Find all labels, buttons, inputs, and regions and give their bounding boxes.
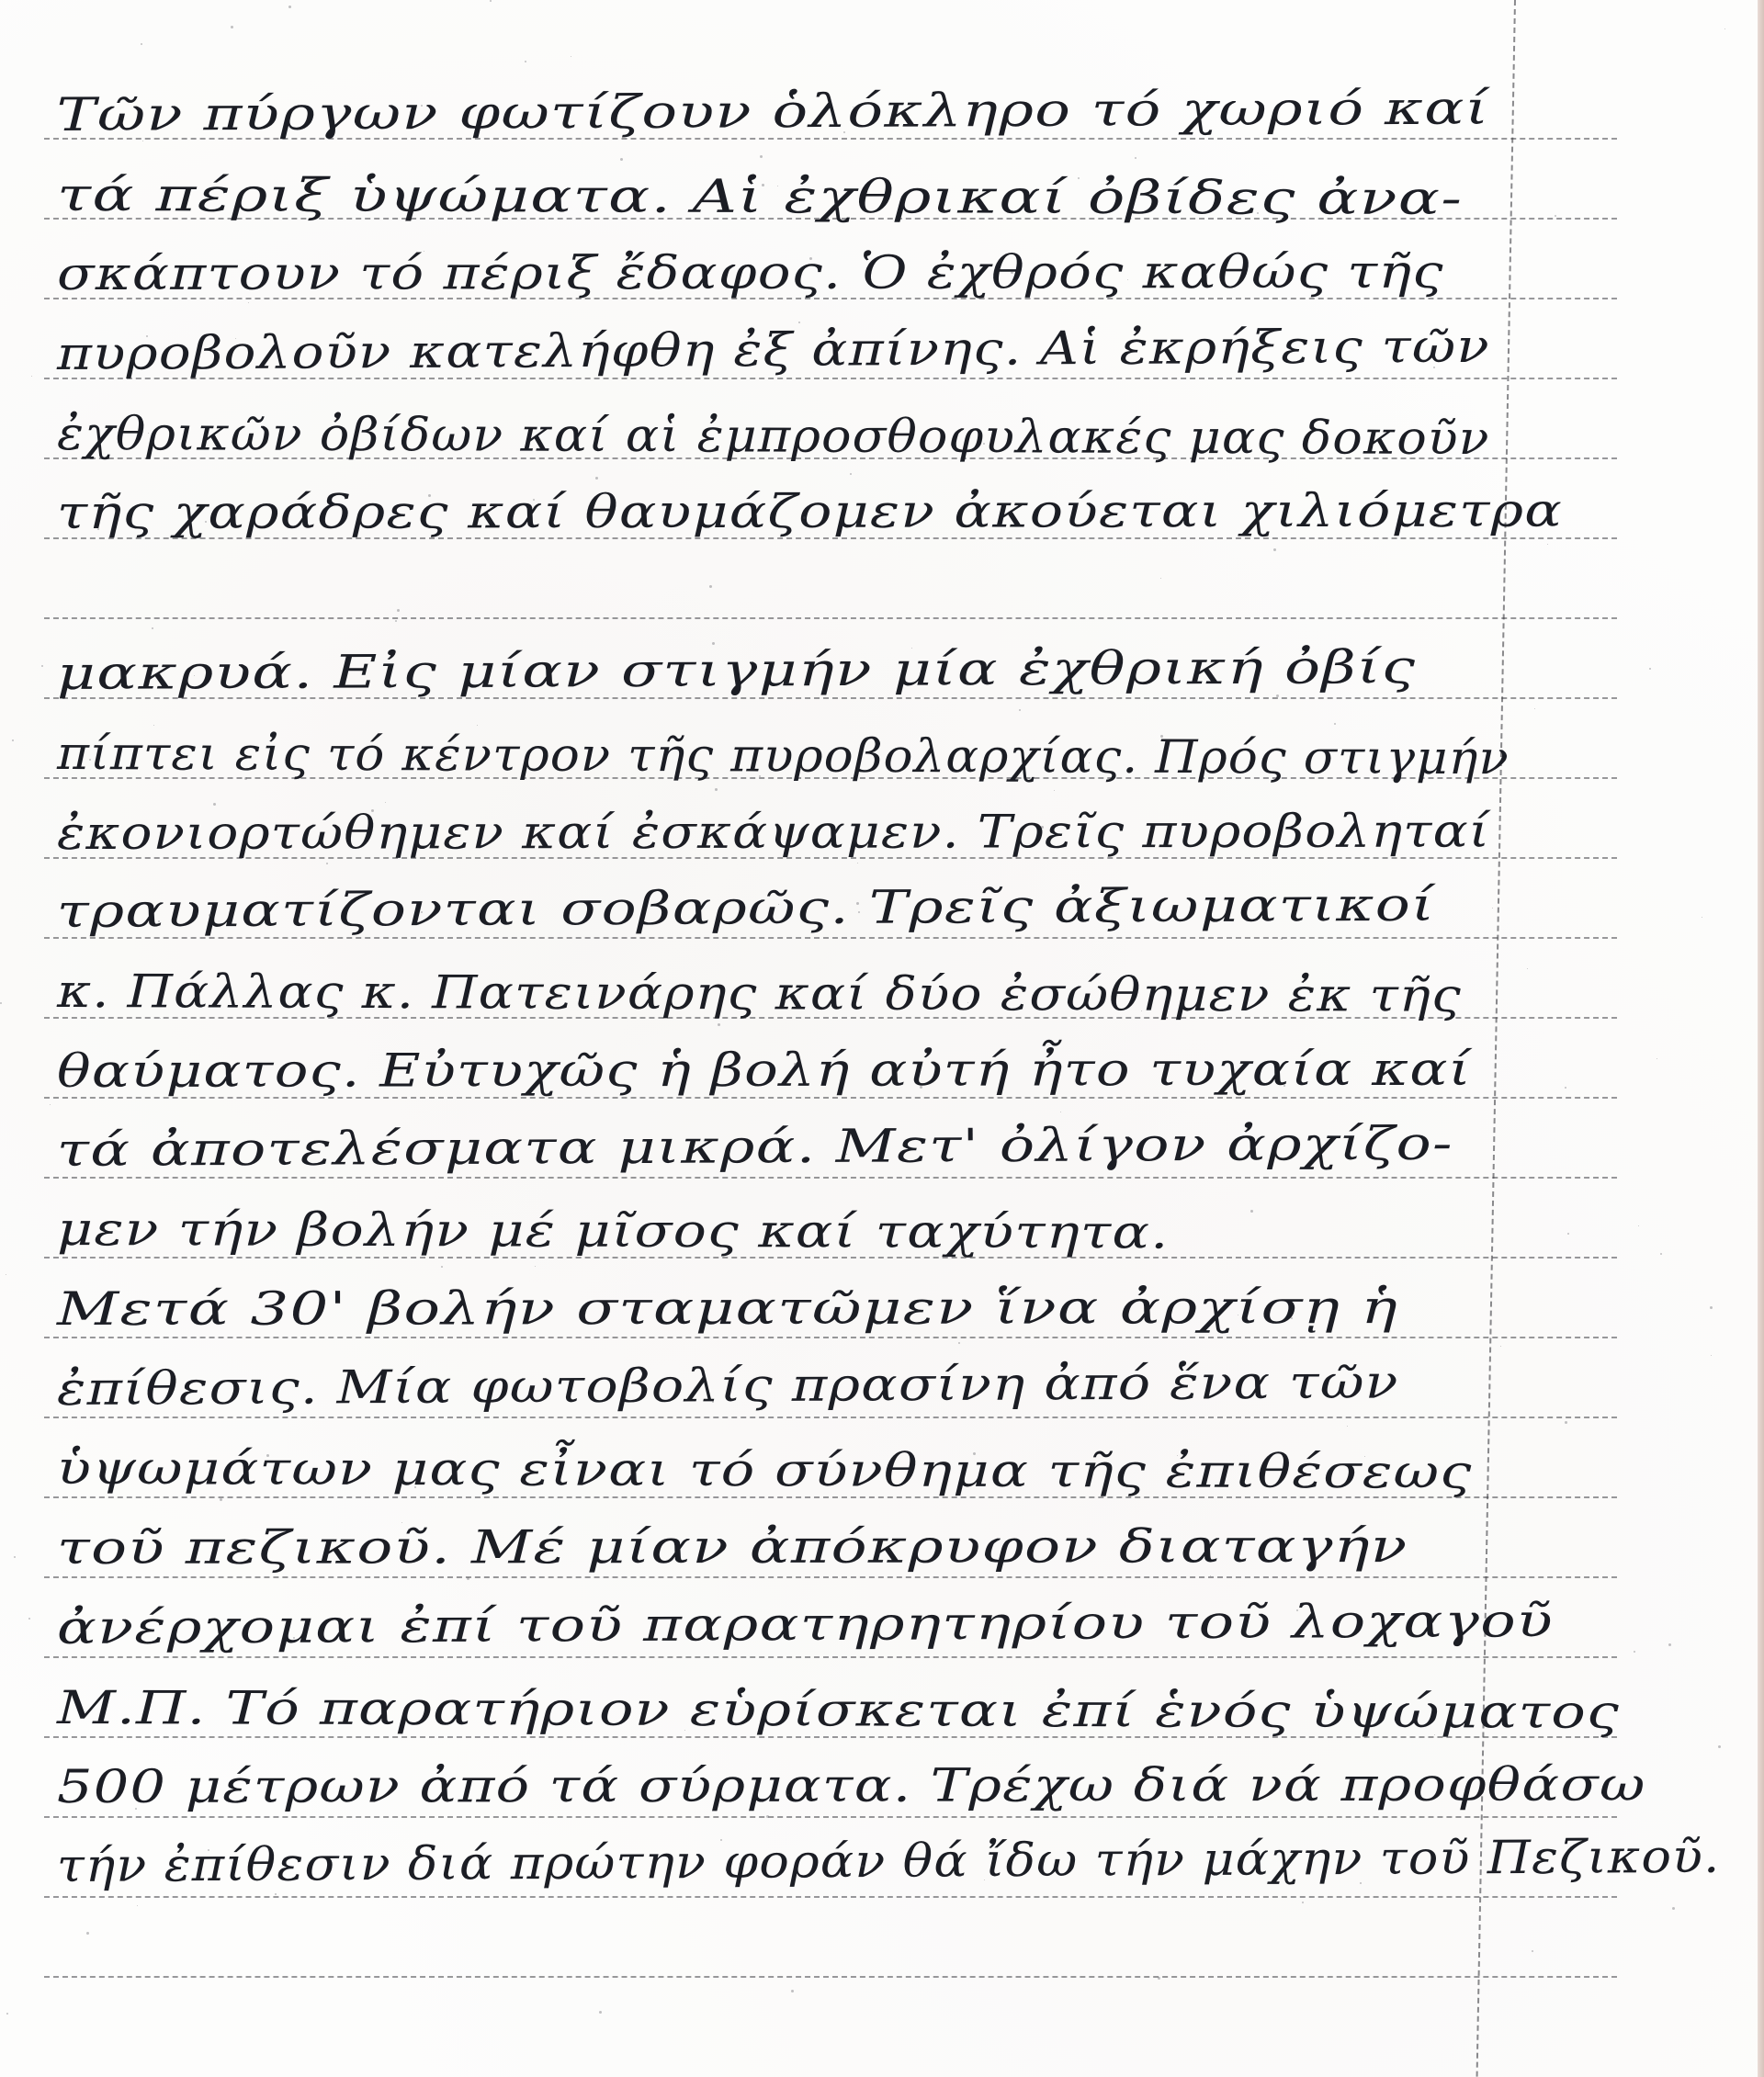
ruled-line [44, 1896, 1617, 1898]
text-line-10: τραυματίζονται σοβαρῶς. Τρεῖς ἀξιωματικο… [57, 882, 1436, 934]
paper-speck [152, 627, 153, 629]
paper-speck [6, 1274, 6, 1275]
paper-speck [718, 1023, 720, 1026]
paper-speck [135, 1808, 137, 1810]
paper-speck [1140, 1789, 1141, 1789]
paper-speck [1565, 1087, 1566, 1089]
paper-speck [1492, 908, 1493, 909]
paper-speck [1169, 346, 1170, 347]
paper-speck [1296, 1609, 1298, 1611]
paper-speck [1532, 1950, 1533, 1952]
ruled-line [44, 617, 1617, 619]
paper-speck [158, 920, 160, 922]
paper-speck [861, 1865, 864, 1868]
paper-speck [1210, 1575, 1211, 1576]
paper-speck [1160, 735, 1163, 738]
text-line-16: ἐπίθεσις. Μία φωτοβολίς πρασίνη ἀπό ἕνα … [57, 1359, 1399, 1412]
page-edge [1758, 0, 1764, 2077]
text-line-3: σκάπτουν τό πέριξ ἔδαφος. Ὁ ἐχθρός καθώς… [57, 249, 1444, 297]
paper-speck [846, 1154, 847, 1155]
ruled-line [44, 1976, 1617, 1978]
paper-speck [920, 1086, 922, 1089]
paper-speck [579, 1145, 581, 1146]
paper-speck [433, 827, 435, 829]
text-line-19: ἀνέρχομαι ἐπί τοῦ παρατηρητηρίου τοῦ λοχ… [57, 1597, 1555, 1651]
paper-speck [1710, 1306, 1713, 1309]
paper-speck [1251, 658, 1252, 659]
text-line-7: μακρυά. Εἰς μίαν στιγμήν μία ἐχθρική ὀβί… [57, 644, 1417, 696]
paper-speck [28, 1618, 30, 1620]
paper-speck [1054, 790, 1055, 791]
paper-speck [762, 184, 764, 186]
paper-speck [89, 759, 91, 761]
paper-speck [235, 338, 236, 339]
paper-speck [1011, 271, 1013, 274]
paper-speck [1041, 826, 1044, 829]
paper-speck [911, 648, 912, 649]
paper-speck [1660, 1253, 1662, 1255]
paper-speck [421, 911, 423, 913]
paper-speck [1334, 723, 1336, 725]
paper-speck [858, 911, 860, 913]
paper-speck [794, 1063, 797, 1066]
paper-speck [715, 788, 718, 791]
text-line-8: πίπτει εἰς τό κέντρον τῆς πυροβολαρχίας.… [57, 730, 1510, 781]
paper-speck [599, 2011, 602, 2014]
text-line-1: Τῶν πύργων φωτίζουν ὁλόκληρο τό χωριό κα… [57, 85, 1490, 138]
paper-speck [944, 680, 945, 681]
paper-speck [850, 473, 852, 475]
paper-speck [809, 257, 812, 260]
paper-speck [1307, 137, 1309, 139]
paper-speck [1657, 1058, 1657, 1059]
paper-speck [1634, 1651, 1635, 1653]
text-line-20: Μ.Π. Τό παρατήριον εὑρίσκεται ἐπί ἑνός ὑ… [57, 1685, 1620, 1735]
text-line-6: τῆς χαράδρες καί θαυμάζομεν ἀκούεται χιλ… [57, 488, 1563, 536]
paper-speck [1160, 578, 1161, 579]
paper-speck [620, 158, 623, 161]
paper-speck [709, 585, 712, 588]
ruled-line [44, 1337, 1617, 1338]
paper-speck [778, 904, 779, 905]
paper-speck [395, 620, 397, 622]
paper-speck [1281, 938, 1283, 940]
paper-speck [160, 1018, 161, 1019]
ruled-line [44, 1576, 1617, 1578]
paper-speck [293, 1637, 295, 1639]
paper-speck [1547, 544, 1548, 545]
paper-speck [712, 1401, 714, 1403]
text-line-4: πυροβολοῦν κατελήφθη ἐξ ἀπίνης. Αἱ ἐκρήξ… [57, 323, 1490, 377]
text-line-14: μεν τήν βολήν μέ μῖσος καί ταχύτητα. [57, 1206, 1170, 1256]
ruled-line [44, 1177, 1617, 1179]
paper-speck [1434, 346, 1435, 347]
paper-speck [1238, 1315, 1238, 1315]
text-line-2: τά πέριξ ὑψώματα. Αἱ ἐχθρικαί ὀβίδες ἀνα… [57, 172, 1463, 221]
paper-speck [1702, 917, 1702, 918]
paper-speck [798, 322, 800, 323]
paper-speck [371, 809, 374, 812]
paper-speck [1078, 177, 1080, 179]
paper-speck [856, 902, 859, 905]
paper-speck [205, 521, 207, 523]
paper-speck [1276, 694, 1279, 697]
paper-speck [1649, 668, 1651, 670]
paper-speck [14, 1556, 16, 1558]
paper-speck [1273, 548, 1276, 551]
paper-speck [6, 2013, 8, 2015]
paper-speck [1141, 1010, 1142, 1011]
paper-speck [428, 494, 431, 497]
paper-speck [141, 43, 142, 45]
paper-speck [571, 56, 571, 57]
text-line-9: ἐκονιορτώθημεν καί ἐσκάψαμεν. Τρεῖς πυρο… [57, 808, 1490, 856]
paper-speck [1638, 1225, 1639, 1226]
text-line-12: θαύματος. Εὐτυχῶς ἡ βολή αὐτή ἦτο τυχαία… [57, 1046, 1472, 1094]
paper-speck [1135, 157, 1136, 159]
paper-speck [1019, 709, 1021, 711]
paper-speck [385, 802, 386, 803]
paper-speck [1347, 1426, 1348, 1427]
paper-speck [795, 1781, 796, 1782]
paper-speck [401, 1522, 402, 1523]
paper-speck [153, 725, 154, 726]
paper-speck [231, 26, 233, 28]
paper-speck [1668, 1643, 1671, 1646]
paper-speck [983, 443, 985, 445]
text-line-13: τά ἀποτελέσματα μικρά. Μετ' ὀλίγον ἀρχίζ… [57, 1121, 1453, 1173]
paper-speck [467, 1577, 469, 1580]
paper-speck [275, 1893, 277, 1895]
paper-speck [441, 1266, 443, 1268]
paper-speck [1257, 212, 1259, 214]
paper-speck [973, 1452, 976, 1455]
paper-speck [209, 914, 211, 917]
paper-speck [220, 1498, 222, 1501]
paper-speck [397, 609, 400, 612]
paper-speck [31, 376, 32, 377]
paper-speck [595, 477, 598, 480]
paper-speck [1302, 1902, 1304, 1903]
paper-speck [326, 863, 328, 864]
paper-speck [248, 302, 249, 303]
paper-speck [244, 777, 247, 780]
paper-speck [142, 141, 143, 141]
paper-speck [213, 803, 216, 806]
paper-speck [148, 433, 149, 434]
paper-speck [853, 107, 854, 107]
paper-speck [146, 335, 148, 337]
paper-speck [984, 1879, 985, 1880]
paper-speck [1360, 1882, 1362, 1884]
paper-speck [208, 1849, 209, 1851]
paper-speck [672, 378, 673, 379]
paper-speck [97, 528, 99, 530]
paper-speck [1291, 1317, 1293, 1319]
text-line-5: ἐχθρικῶν ὀβίδων καί αἱ ἐμπροσθοφυλακές μ… [57, 411, 1490, 461]
paper-speck [766, 1815, 769, 1818]
paper-speck [1364, 1456, 1365, 1457]
paper-speck [1672, 1907, 1675, 1910]
paper-speck [684, 1730, 685, 1731]
paper-speck [424, 251, 424, 252]
paper-speck [156, 1068, 157, 1069]
paper-speck [958, 1342, 960, 1344]
text-line-21: 500 μέτρων ἀπό τά σύρματα. Τρέχω διά νά … [57, 1762, 1646, 1810]
paper-speck [720, 1839, 722, 1841]
paper-speck [266, 1454, 269, 1457]
text-line-11: κ. Πάλλας κ. Πατεινάρης καί δύο ἐσώθημεν… [57, 968, 1462, 1019]
ruled-line [44, 1656, 1617, 1658]
paper-speck [188, 983, 190, 985]
paper-speck [137, 1905, 138, 1906]
text-line-22: τήν ἐπίθεσιν διά πρώτην φοράν θά ἴδω τήν… [57, 1834, 1721, 1889]
paper-speck [1283, 1085, 1285, 1087]
paper-speck [803, 516, 806, 519]
paper-speck [1500, 1346, 1501, 1347]
paper-speck [1250, 1210, 1253, 1213]
paper-speck [477, 725, 478, 726]
paper-speck [791, 1990, 794, 1992]
manuscript-page: Τῶν πύργων φωτίζουν ὁλόκληρο τό χωριό κα… [0, 0, 1758, 2077]
paper-speck [490, 0, 492, 2]
paper-speck [288, 6, 291, 8]
text-line-15: Μετά 30' βολήν σταματῶμεν ἵνα ἀρχίσῃ ἡ [57, 1284, 1398, 1332]
paper-speck [1434, 1734, 1435, 1735]
ruled-line [44, 1816, 1617, 1818]
paper-speck [1555, 215, 1556, 217]
ruled-line [44, 1417, 1617, 1418]
paper-speck [712, 642, 715, 645]
paper-speck [777, 186, 778, 186]
paper-speck [1565, 1421, 1567, 1424]
paper-speck [405, 1383, 406, 1383]
paper-speck [41, 665, 43, 667]
text-line-17: ὑψωμάτων μας εἶναι τό σύνθημα τῆς ἐπιθέσ… [57, 1445, 1473, 1495]
paper-speck [787, 1794, 789, 1796]
paper-speck [12, 739, 14, 741]
paper-speck [533, 499, 535, 501]
paper-speck [1158, 1977, 1160, 1980]
paper-speck [1177, 1455, 1178, 1456]
paper-speck [1089, 762, 1090, 763]
paper-speck [421, 105, 423, 107]
paper-speck [0, 1002, 2, 1004]
paper-speck [525, 61, 526, 62]
paper-speck [86, 1932, 89, 1935]
paper-speck [1534, 708, 1535, 709]
paper-speck [1718, 1745, 1721, 1748]
text-line-18: τοῦ πεζικοῦ. Μέ μίαν ἀπόκρυφον διαταγήν [57, 1523, 1408, 1571]
paper-speck [1724, 28, 1725, 29]
paper-speck [391, 1163, 393, 1165]
paper-speck [759, 775, 761, 777]
paper-speck [1711, 1355, 1712, 1356]
paper-speck [967, 1002, 968, 1003]
paper-speck [414, 1486, 416, 1488]
paper-speck [408, 1529, 409, 1530]
paper-speck [1567, 1233, 1569, 1235]
paper-speck [50, 1104, 51, 1105]
paper-speck [857, 863, 858, 864]
paper-speck [760, 155, 763, 158]
paper-speck [535, 1266, 536, 1267]
paper-speck [1127, 279, 1128, 280]
paper-speck [1060, 1112, 1061, 1112]
paper-speck [194, 675, 195, 676]
ruled-line [44, 937, 1617, 939]
paper-speck [1433, 367, 1435, 368]
paper-speck [843, 131, 845, 133]
paper-speck [1527, 968, 1528, 969]
